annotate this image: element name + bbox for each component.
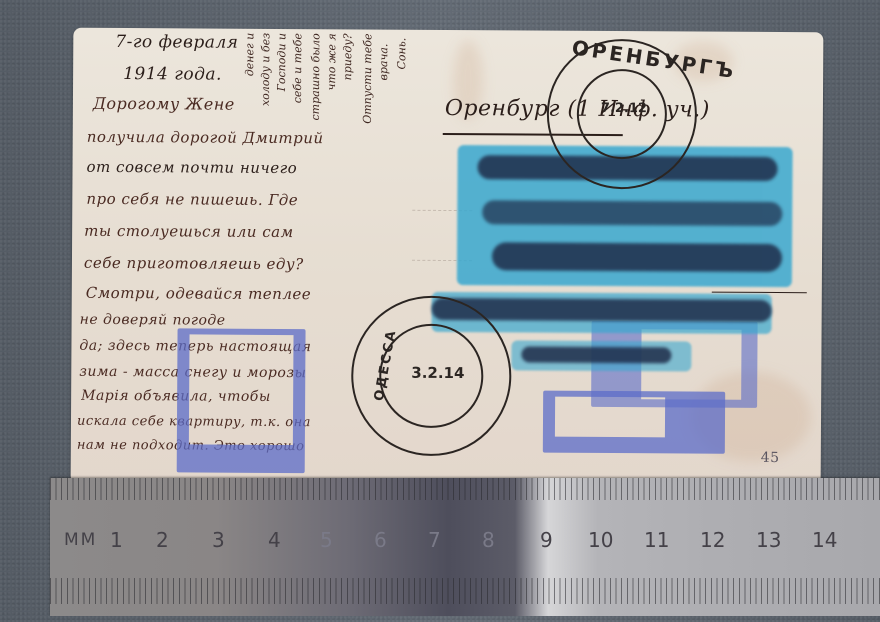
ruler-number: 13	[756, 528, 781, 552]
date-line-1: 7-го февраля	[115, 32, 238, 53]
ruler-ticks-top	[50, 478, 880, 500]
postmark-date: 3.2.14	[411, 364, 464, 382]
ruler-number: 10	[588, 528, 613, 552]
postmark-top: ОРЕНБУРГЪ 7.2.12	[546, 39, 697, 190]
ruler-number: 1	[110, 528, 123, 552]
ruler: MM 1 2 3 4 5 6 7 8 9 10 11 12 13 14	[50, 478, 880, 616]
postmark-bottom: 3.2.14 ОДЕССА	[351, 295, 512, 456]
postmark-date: 7.2.12	[601, 101, 647, 116]
ruler-number: 11	[644, 528, 669, 552]
ruler-number: 4	[268, 528, 281, 552]
ruler-number: 2	[156, 528, 169, 552]
scribble-line	[482, 200, 782, 226]
ruler-ticks-bottom	[50, 578, 880, 604]
ruler-number: 12	[700, 528, 725, 552]
corner-pencil-mark: 45	[761, 450, 780, 466]
scribble-line	[521, 346, 671, 363]
ruler-number: 5	[320, 528, 333, 552]
stamp-impression-left	[177, 328, 306, 473]
postcard: 7-го февраля 1914 года. денег и холоду и…	[71, 28, 824, 489]
date-line-2: 1914 года.	[123, 64, 222, 85]
ruler-number: 6	[374, 528, 387, 552]
ruler-number: 14	[812, 528, 837, 552]
ruler-number: 7	[428, 528, 441, 552]
ruler-unit-label: MM	[64, 530, 97, 550]
ruler-number: 9	[540, 528, 553, 552]
scribble-line	[492, 242, 782, 272]
ruler-number: 8	[482, 528, 495, 552]
ruler-number: 3	[212, 528, 225, 552]
